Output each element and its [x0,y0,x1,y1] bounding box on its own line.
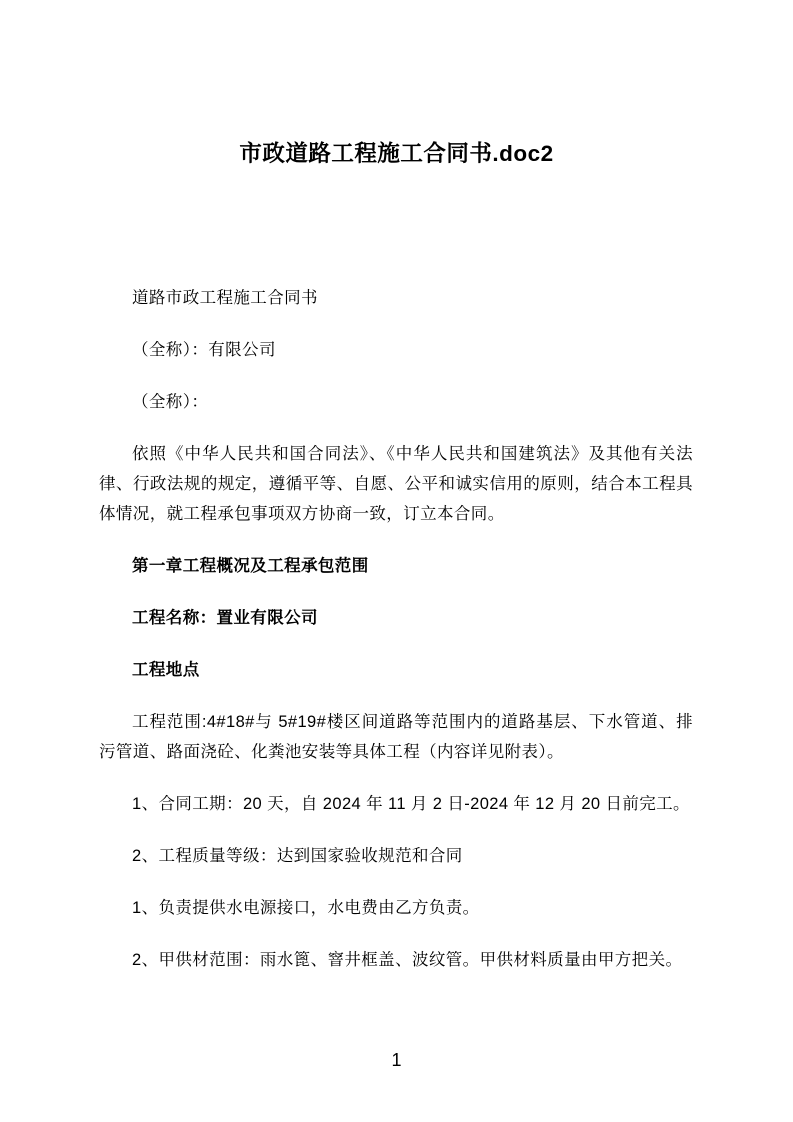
document-page: 市政道路工程施工合同书.doc2 道路市政工程施工合同书（全称）：有限公司（全称… [0,0,793,1122]
paragraph: 1、合同工期：20 天，自 2024 年 11 月 2 日-2024 年 12 … [99,789,693,819]
document-title: 市政道路工程施工合同书.doc2 [0,139,793,169]
paragraph: （全称）： [99,387,693,417]
paragraph: 工程范围:4#18#与 5#19#楼区间道路等范围内的道路基层、下水管道、排污管… [99,707,693,767]
paragraph: 2、工程质量等级：达到国家验收规范和合同 [99,841,693,871]
paragraph: 2、甲供材范围：雨水篦、窨井框盖、波纹管。甲供材料质量由甲方把关。 [99,945,693,975]
paragraph: 1、负责提供水电源接口，水电费由乙方负责。 [99,893,693,923]
paragraph: 工程名称：置业有限公司 [99,603,693,633]
paragraph: （全称）：有限公司 [99,335,693,365]
paragraph: 道路市政工程施工合同书 [99,283,693,313]
page-number: 1 [0,1048,793,1072]
paragraph: 工程地点 [99,655,693,685]
paragraph: 依照《中华人民共和国合同法》、《中华人民共和国建筑法》及其他有关法律、行政法规的… [99,439,693,529]
document-body: 道路市政工程施工合同书（全称）：有限公司（全称）：依照《中华人民共和国合同法》、… [99,283,693,997]
paragraph: 第一章工程概况及工程承包范围 [99,551,693,581]
